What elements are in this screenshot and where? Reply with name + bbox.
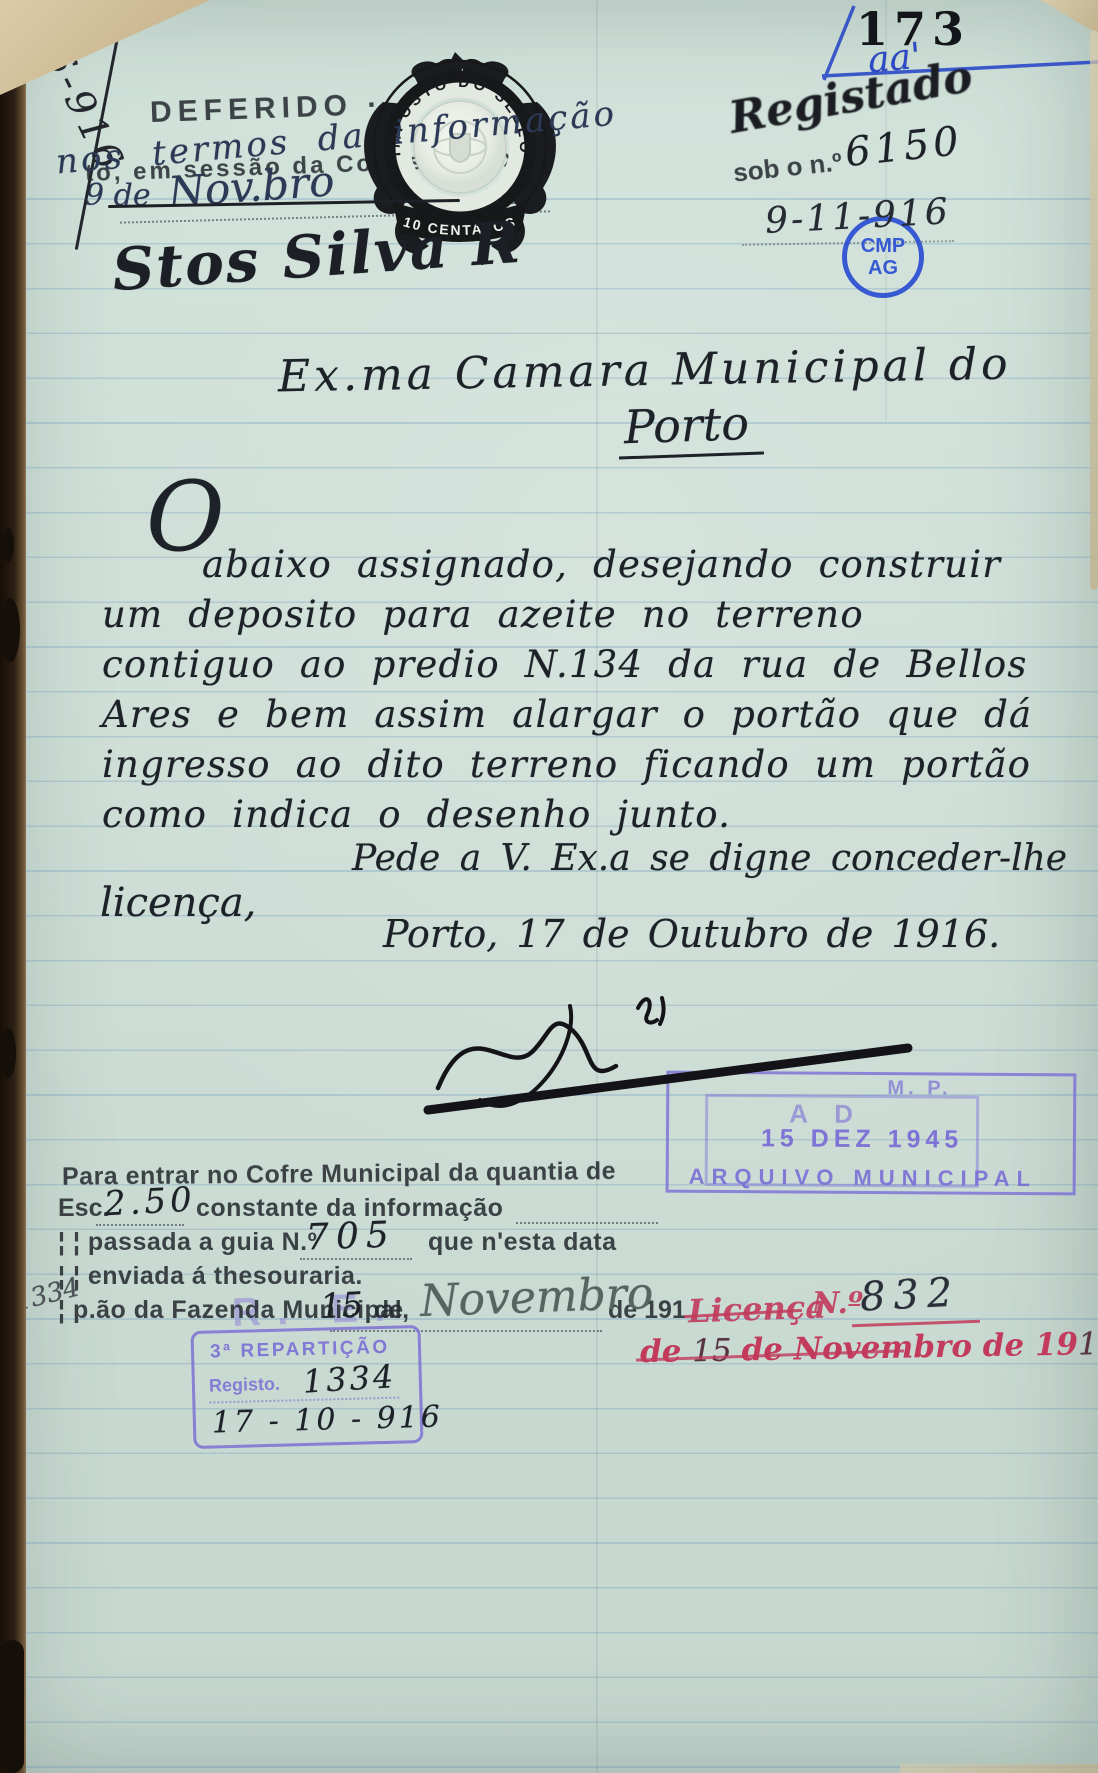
licenca-de2: de [741,1331,794,1368]
dotted-leader [96,1224,184,1226]
book-binding-edge [0,0,26,1773]
petitioner-signature [410,980,930,1125]
treasury-esc-label: Esc. [58,1194,109,1223]
letter-body: abaixo assignado, desejando construir um… [102,540,1002,840]
petition-line2: licença, [100,880,256,926]
ruled-lines [26,155,1098,1773]
treasury-month: Novembro [419,1268,654,1327]
body-line: abaixo assignado, desejando construir [102,540,1002,590]
binding-ink-blob [0,598,20,662]
archive-stamp-footer: ARQUIVO MUNICIPAL [689,1164,1038,1192]
reparticao-date: 17 - 10 - 916 [211,1399,443,1440]
salutation-city: Porto [617,395,764,459]
folio-annotation: aa' [866,36,922,81]
dateline: Porto, 17 de Outubro de 1916. [383,912,1000,956]
licenca-number: 832 [859,1269,962,1320]
treasury-day: 15 [319,1285,364,1327]
licenca-year: 16 [1078,1326,1098,1363]
reparticao-registo-label: Registo. [209,1374,281,1397]
treasury-guia-number: 705 [305,1214,396,1258]
licenca-de1: de [640,1333,693,1370]
archive-stamp-date: 15 DEZ 1945 [761,1124,964,1154]
dotted-leader [300,1258,412,1260]
page-edge-bottom [900,1764,1098,1773]
paper-crease-vertical [596,0,598,1773]
body-line: contiguo ao predio N.134 da rua de Bello… [102,640,1002,690]
treasury-amount: 2.50 [103,1180,197,1225]
licenca-day: 15 [692,1332,742,1369]
body-line: como indica o desenho junto. [102,790,1002,840]
reparticao-stamp: 3ª REPARTIÇÃO Registo. 1334 17 - 10 - 91… [190,1325,423,1449]
body-line: ingresso ao dito terreno ficando um port… [102,740,1002,790]
reparticao-registo-number: 1334 [302,1357,398,1401]
treasury-line3b: que n'esta data [428,1228,617,1257]
body-line: Ares e bem assim alargar o portão que dá [102,690,1002,740]
dotted-leader [516,1222,658,1224]
licenca-de3: de 19 [982,1327,1078,1365]
body-line: um deposito para azeite no terreno [102,590,1002,640]
document-scan: 16-916 DEFERIDO · nos termos da informaç… [0,0,1098,1773]
underlying-page-corner [0,0,210,95]
binding-ink-blob [2,528,14,562]
treasury-line4: ¦ ¦ enviada á thesouraria. [58,1262,363,1291]
page-edge-sliver [1090,30,1098,590]
cmp-stamp-line1: CMP [861,235,905,257]
licenca-month: Novembro [793,1328,983,1367]
treasury-de: de [374,1296,403,1325]
licenca-label-stamp: Licença [687,1288,826,1331]
binding-ink-blob [0,1028,16,1078]
licenca-n-label: N.º [812,1286,863,1321]
binding-shadow [0,1640,24,1773]
treasury-line3a: ¦ ¦ passada a guia N.º [58,1228,317,1257]
petition-line: Pede a V. Ex.a se digne conceder-lhe [352,838,1067,879]
cmp-stamp-line2: AG [868,257,898,279]
